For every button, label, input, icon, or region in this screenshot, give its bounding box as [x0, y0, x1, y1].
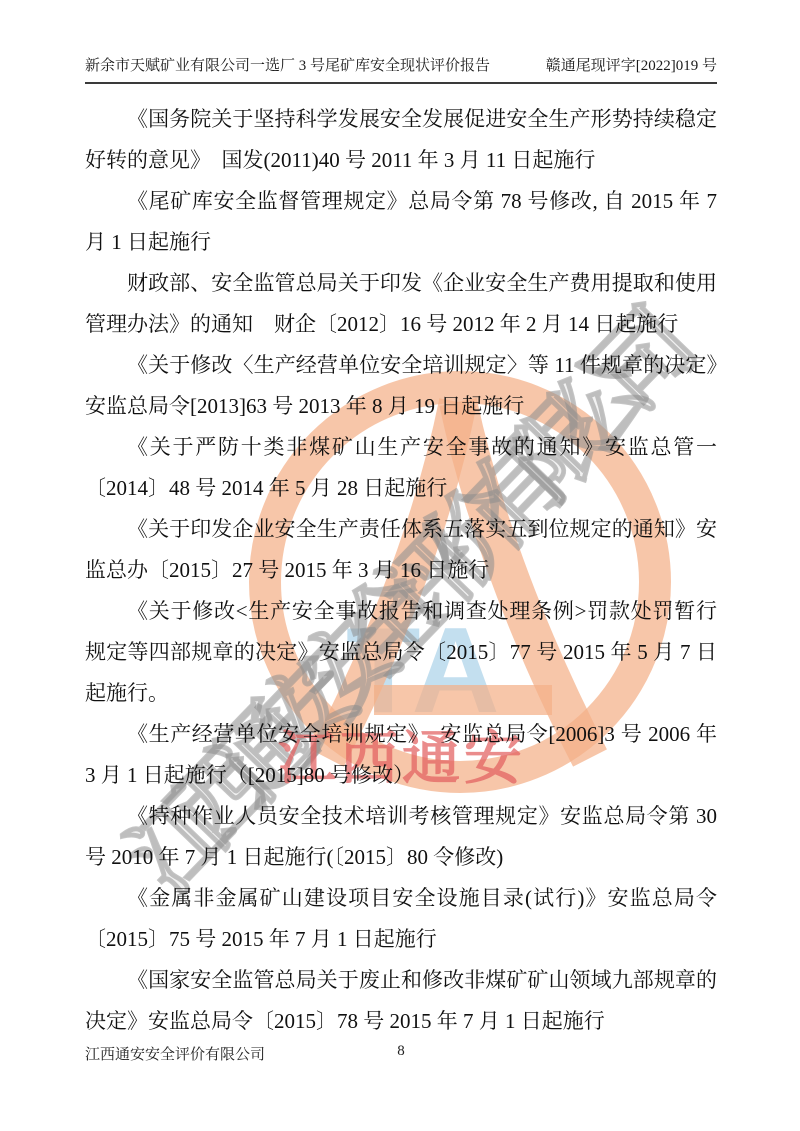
regulation-paragraph: 《国务院关于坚持科学发展安全发展促进安全生产形势持续稳定好转的意见》 国发(20… — [85, 99, 717, 181]
regulation-paragraph: 《关于印发企业安全生产责任体系五落实五到位规定的通知》安监总办〔2015〕27 … — [85, 509, 717, 591]
page-header: 新余市天赋矿业有限公司一选厂 3 号尾矿库安全现状评价报告 赣通尾现评字[202… — [85, 54, 717, 84]
regulation-paragraph: 《金属非金属矿山建设项目安全设施目录(试行)》安监总局令〔2015〕75 号 2… — [85, 878, 717, 960]
regulation-paragraph: 《特种作业人员安全技术培训考核管理规定》安监总局令第 30 号 2010 年 7… — [85, 796, 717, 878]
regulation-paragraph: 《关于修改〈生产经营单位安全培训规定〉等 11 件规章的决定》安监总局令[201… — [85, 345, 717, 427]
report-title: 新余市天赋矿业有限公司一选厂 3 号尾矿库安全现状评价报告 — [85, 54, 490, 75]
regulation-paragraph: 《生产经营单位安全培训规定》 安监总局令[2006]3 号 2006 年 3 月… — [85, 714, 717, 796]
regulation-paragraph: 《关于严防十类非煤矿山生产安全事故的通知》安监总管一〔2014〕48 号 201… — [85, 427, 717, 509]
regulation-list: 《国务院关于坚持科学发展安全发展促进安全生产形势持续稳定好转的意见》 国发(20… — [85, 99, 717, 1042]
doc-number: 赣通尾现评字[2022]019 号 — [546, 54, 717, 75]
regulation-paragraph: 财政部、安全监管总局关于印发《企业安全生产费用提取和使用管理办法》的通知 财企〔… — [85, 263, 717, 345]
page-footer: 江西通安安全评价有限公司 8 — [85, 1043, 717, 1065]
regulation-paragraph: 《关于修改<生产安全事故报告和调查处理条例>罚款处罚暂行规定等四部规章的决定》安… — [85, 591, 717, 714]
regulation-paragraph: 《国家安全监管总局关于废止和修改非煤矿矿山领域九部规章的决定》安监总局令〔201… — [85, 960, 717, 1042]
document-page: 新余市天赋矿业有限公司一选厂 3 号尾矿库安全现状评价报告 赣通尾现评字[202… — [0, 0, 800, 1131]
page-number: 8 — [85, 1043, 717, 1060]
regulation-paragraph: 《尾矿库安全监督管理规定》总局令第 78 号修改, 自 2015 年 7 月 1… — [85, 181, 717, 263]
